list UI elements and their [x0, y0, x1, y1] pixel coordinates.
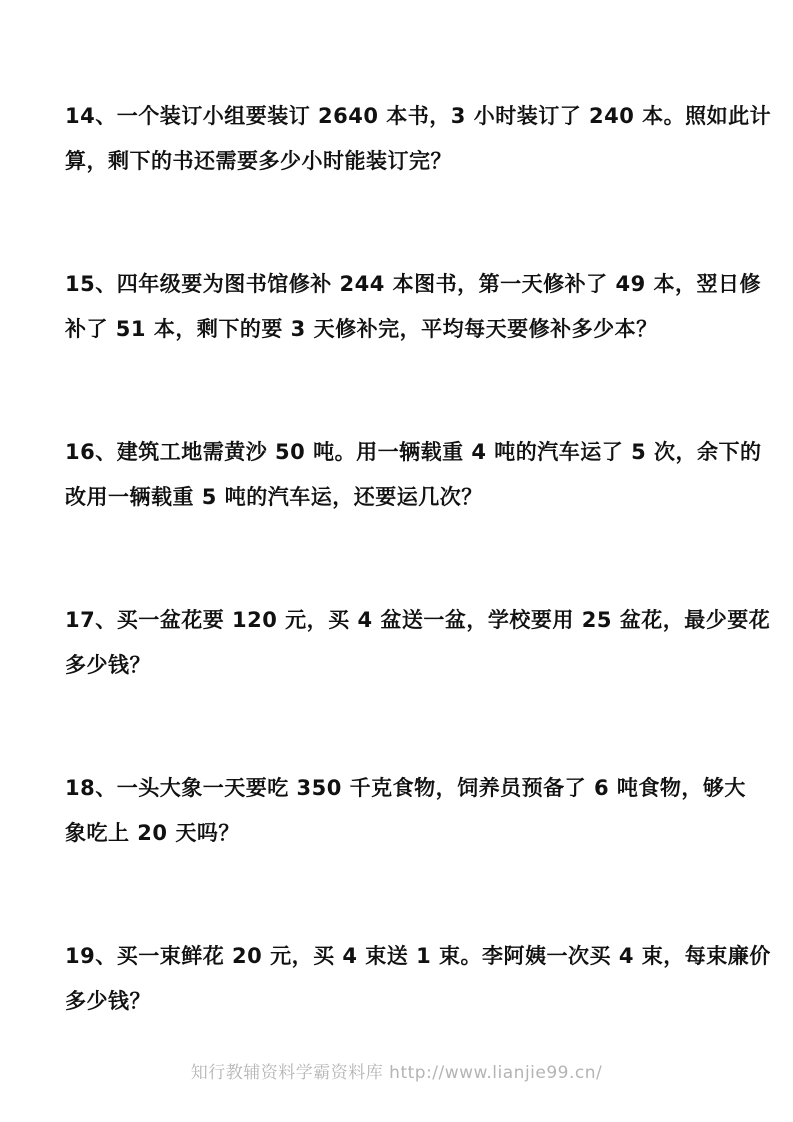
problem-14: 14、一个装订小组要装订 2640 本书，3 小时装订了 240 本。照如此计 … [65, 94, 733, 184]
problem-16-line-2: 改用一辆载重 5 吨的汽车运，还要运几次？ [65, 475, 733, 520]
problem-15-line-1: 15、四年级要为图书馆修补 244 本图书，第一天修补了 49 本，翌日修 [65, 262, 733, 307]
problem-19: 19、买一束鲜花 20 元，买 4 束送 1 束。李阿姨一次买 4 束，每束廉价… [65, 934, 733, 1024]
footer-watermark: 知行教辅资料学霸资料库 http://www.lianjie99.cn/ [0, 1058, 793, 1083]
problem-16-line-1: 16、建筑工地需黄沙 50 吨。用一辆载重 4 吨的汽车运了 5 次，余下的 [65, 430, 733, 475]
problem-14-line-2: 算，剩下的书还需要多少小时能装订完？ [65, 139, 733, 184]
worksheet-page: 14、一个装订小组要装订 2640 本书，3 小时装订了 240 本。照如此计 … [0, 0, 793, 1122]
problem-17-line-1: 17、买一盆花要 120 元，买 4 盆送一盆，学校要用 25 盆花，最少要花 [65, 598, 733, 643]
problem-16: 16、建筑工地需黄沙 50 吨。用一辆载重 4 吨的汽车运了 5 次，余下的 改… [65, 430, 733, 520]
problem-17: 17、买一盆花要 120 元，买 4 盆送一盆，学校要用 25 盆花，最少要花 … [65, 598, 733, 688]
problem-19-line-1: 19、买一束鲜花 20 元，买 4 束送 1 束。李阿姨一次买 4 束，每束廉价 [65, 934, 733, 979]
problem-17-line-2: 多少钱？ [65, 643, 733, 688]
problem-14-line-1: 14、一个装订小组要装订 2640 本书，3 小时装订了 240 本。照如此计 [65, 94, 733, 139]
problem-18: 18、一头大象一天要吃 350 千克食物，饲养员预备了 6 吨食物，够大 象吃上… [65, 766, 733, 856]
problem-19-line-2: 多少钱？ [65, 979, 733, 1024]
problems-list: 14、一个装订小组要装订 2640 本书，3 小时装订了 240 本。照如此计 … [65, 94, 733, 1102]
problem-15-line-2: 补了 51 本，剩下的要 3 天修补完，平均每天要修补多少本？ [65, 307, 733, 352]
problem-15: 15、四年级要为图书馆修补 244 本图书，第一天修补了 49 本，翌日修 补了… [65, 262, 733, 352]
problem-18-line-1: 18、一头大象一天要吃 350 千克食物，饲养员预备了 6 吨食物，够大 [65, 766, 733, 811]
problem-18-line-2: 象吃上 20 天吗？ [65, 811, 733, 856]
